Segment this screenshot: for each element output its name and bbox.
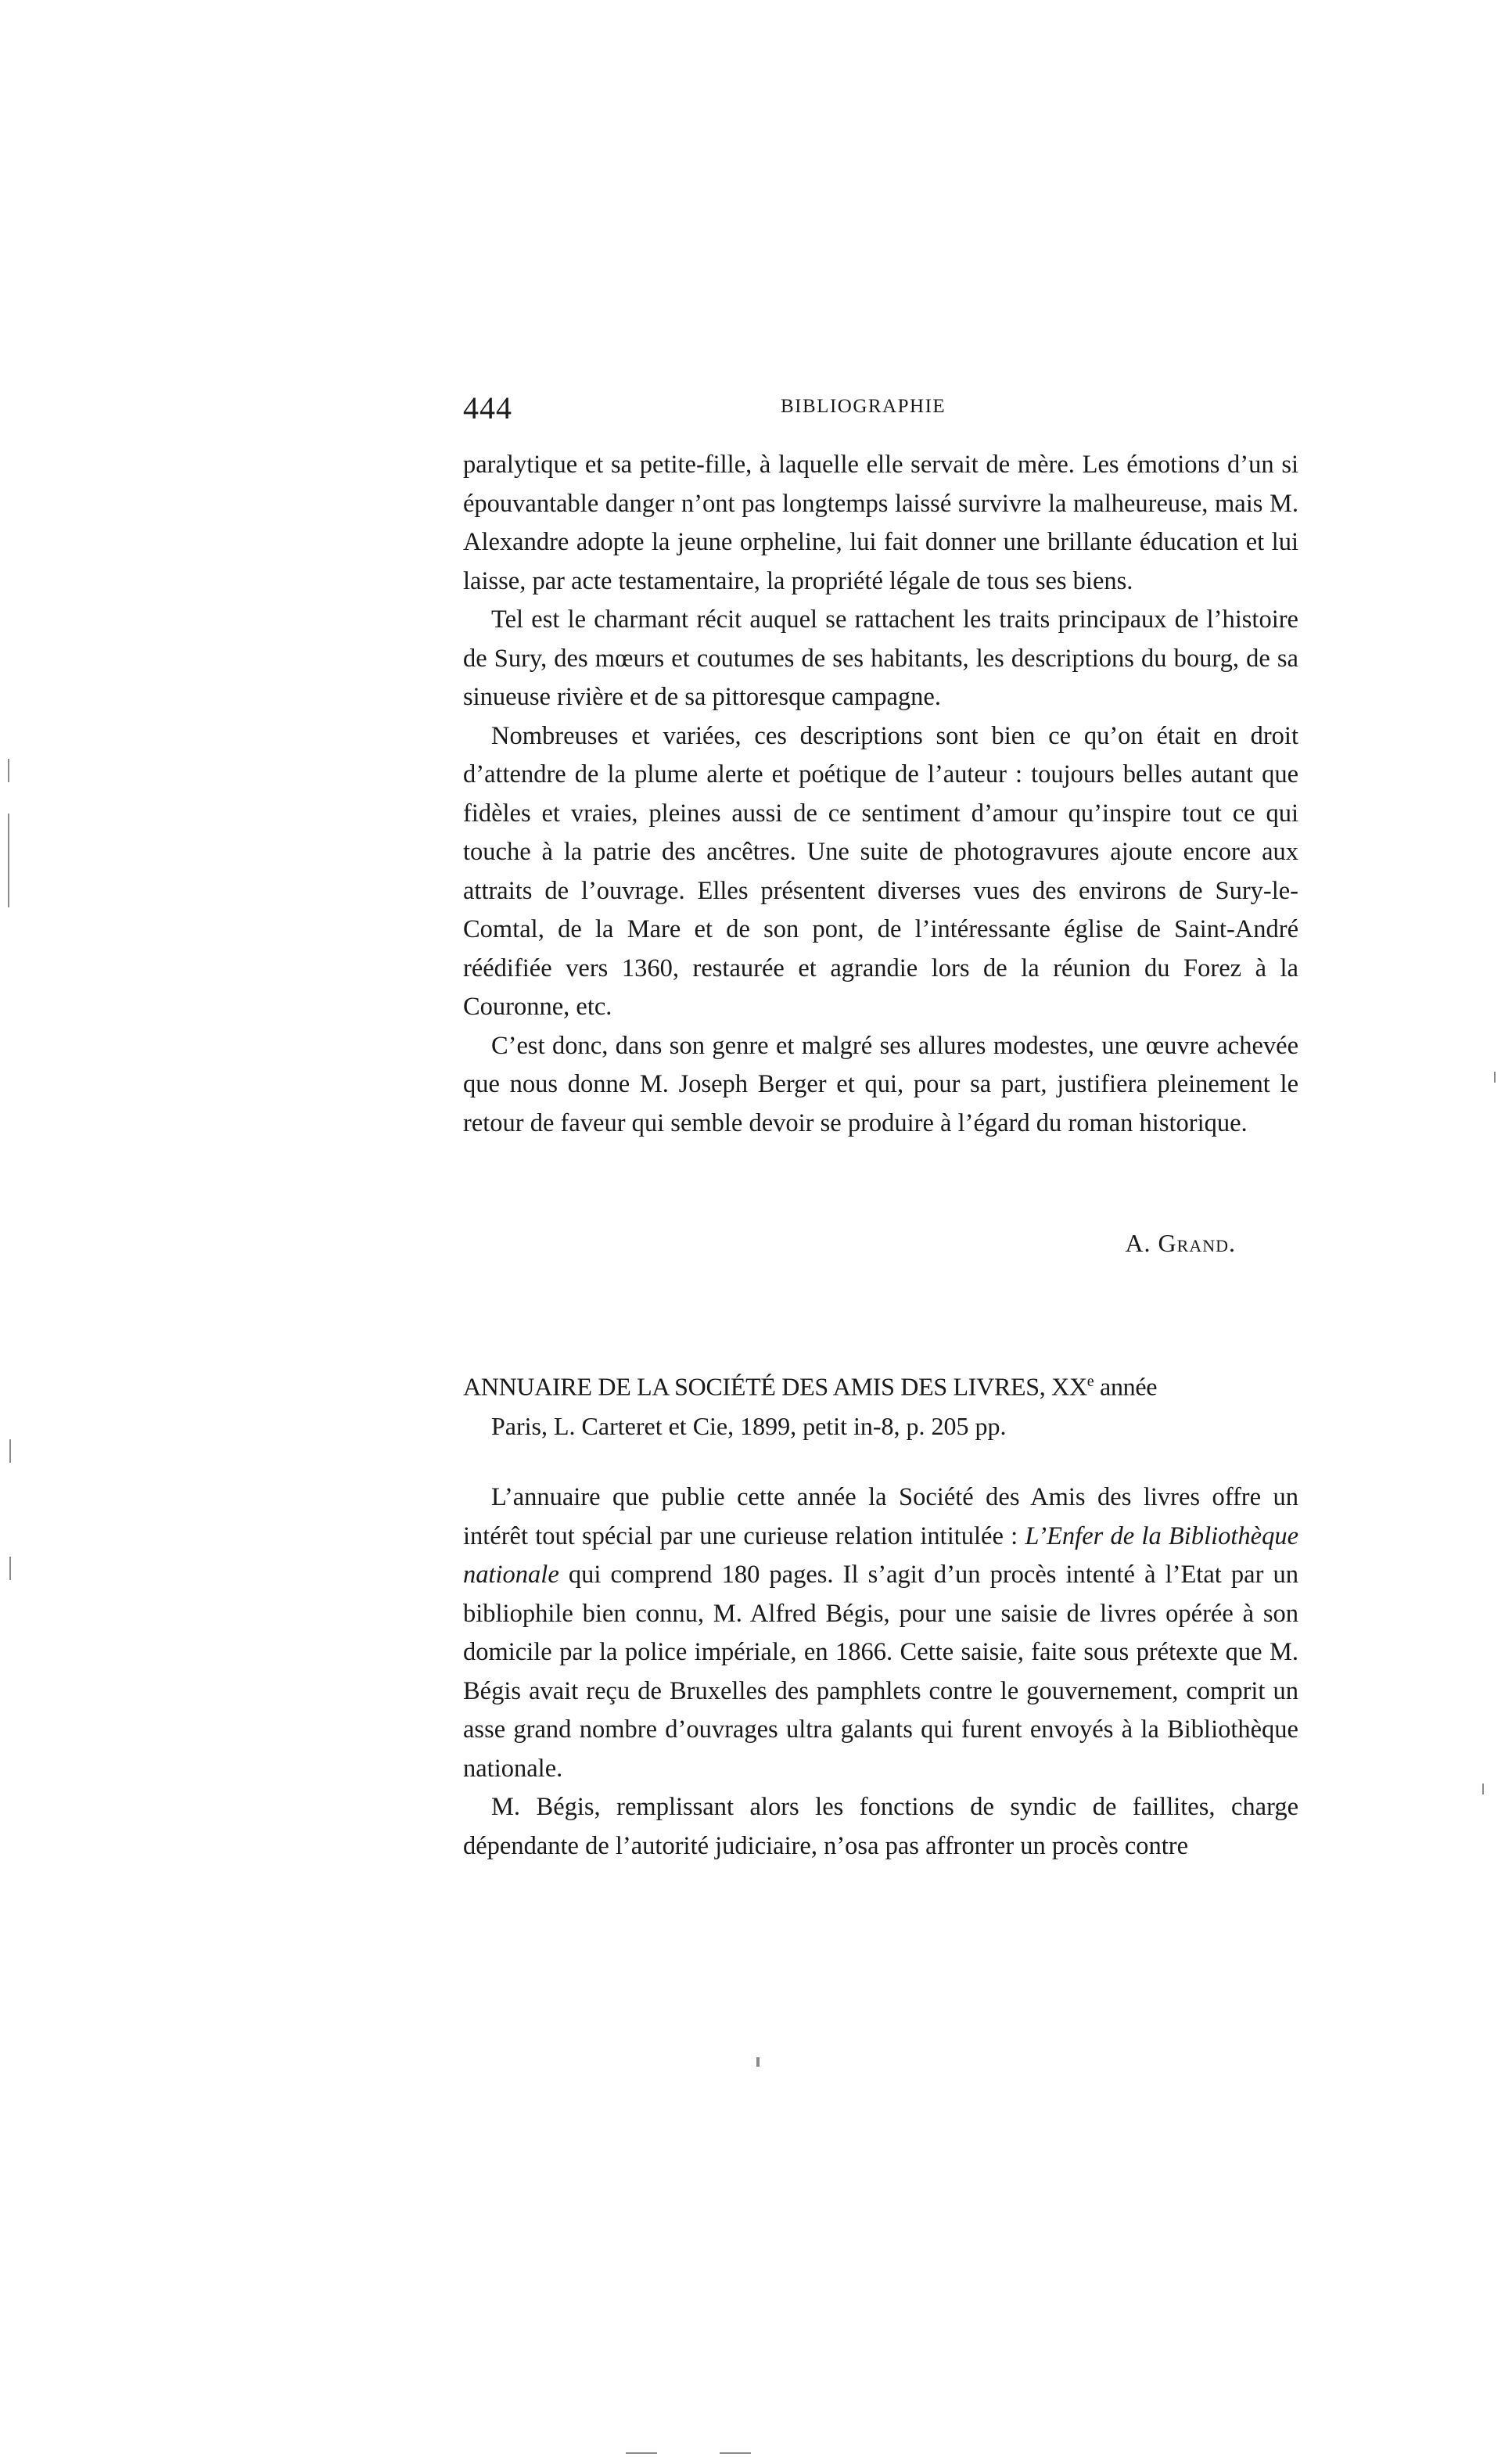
- scan-speck: [1482, 1783, 1484, 1794]
- review-2-body: L’annuaire que publie cette année la Soc…: [463, 1478, 1298, 1866]
- entry-title: ANNUAIRE DE LA SOCIÉTÉ DES AMIS DES LIVR…: [463, 1362, 1298, 1406]
- review-1-body: paralytique et sa petite-fille, à laquel…: [463, 446, 1298, 1143]
- page-number: 444: [463, 390, 512, 426]
- entry-title-tail: année: [1094, 1373, 1157, 1401]
- scan-speck: [9, 1557, 11, 1580]
- paragraph: M. Bégis, remplissant alors les fonction…: [463, 1788, 1298, 1866]
- entry-title-main: ANNUAIRE DE LA SOCIÉTÉ DES AMIS DES LIVR…: [463, 1373, 1087, 1401]
- scan-speck: [720, 2452, 751, 2454]
- paragraph: C’est donc, dans son genre et malgré ses…: [463, 1027, 1298, 1144]
- scan-speck: [1494, 1072, 1496, 1083]
- paragraph: Nombreuses et variées, ces descriptions …: [463, 717, 1298, 1027]
- scan-speck: [626, 2452, 657, 2454]
- scan-speck: [8, 759, 9, 782]
- scan-speck: [8, 814, 9, 907]
- running-head-title: BIBLIOGRAPHIE: [781, 396, 946, 418]
- text-run: qui comprend 180 pages. Il s’agit d’un p…: [463, 1561, 1298, 1783]
- author-signature: A. Grand.: [1125, 1229, 1236, 1258]
- entry-imprint: Paris, L. Carteret et Cie, 1899, petit i…: [463, 1406, 1298, 1446]
- scan-speck: [756, 2057, 760, 2067]
- bibliographic-entry-heading: ANNUAIRE DE LA SOCIÉTÉ DES AMIS DES LIVR…: [463, 1362, 1298, 1446]
- running-head: 444 BIBLIOGRAPHIE: [463, 390, 1298, 429]
- paragraph: paralytique et sa petite-fille, à laquel…: [463, 446, 1298, 601]
- paragraph: Tel est le charmant récit auquel se ratt…: [463, 601, 1298, 717]
- scan-speck: [9, 1439, 11, 1463]
- paragraph: L’annuaire que publie cette année la Soc…: [463, 1478, 1298, 1788]
